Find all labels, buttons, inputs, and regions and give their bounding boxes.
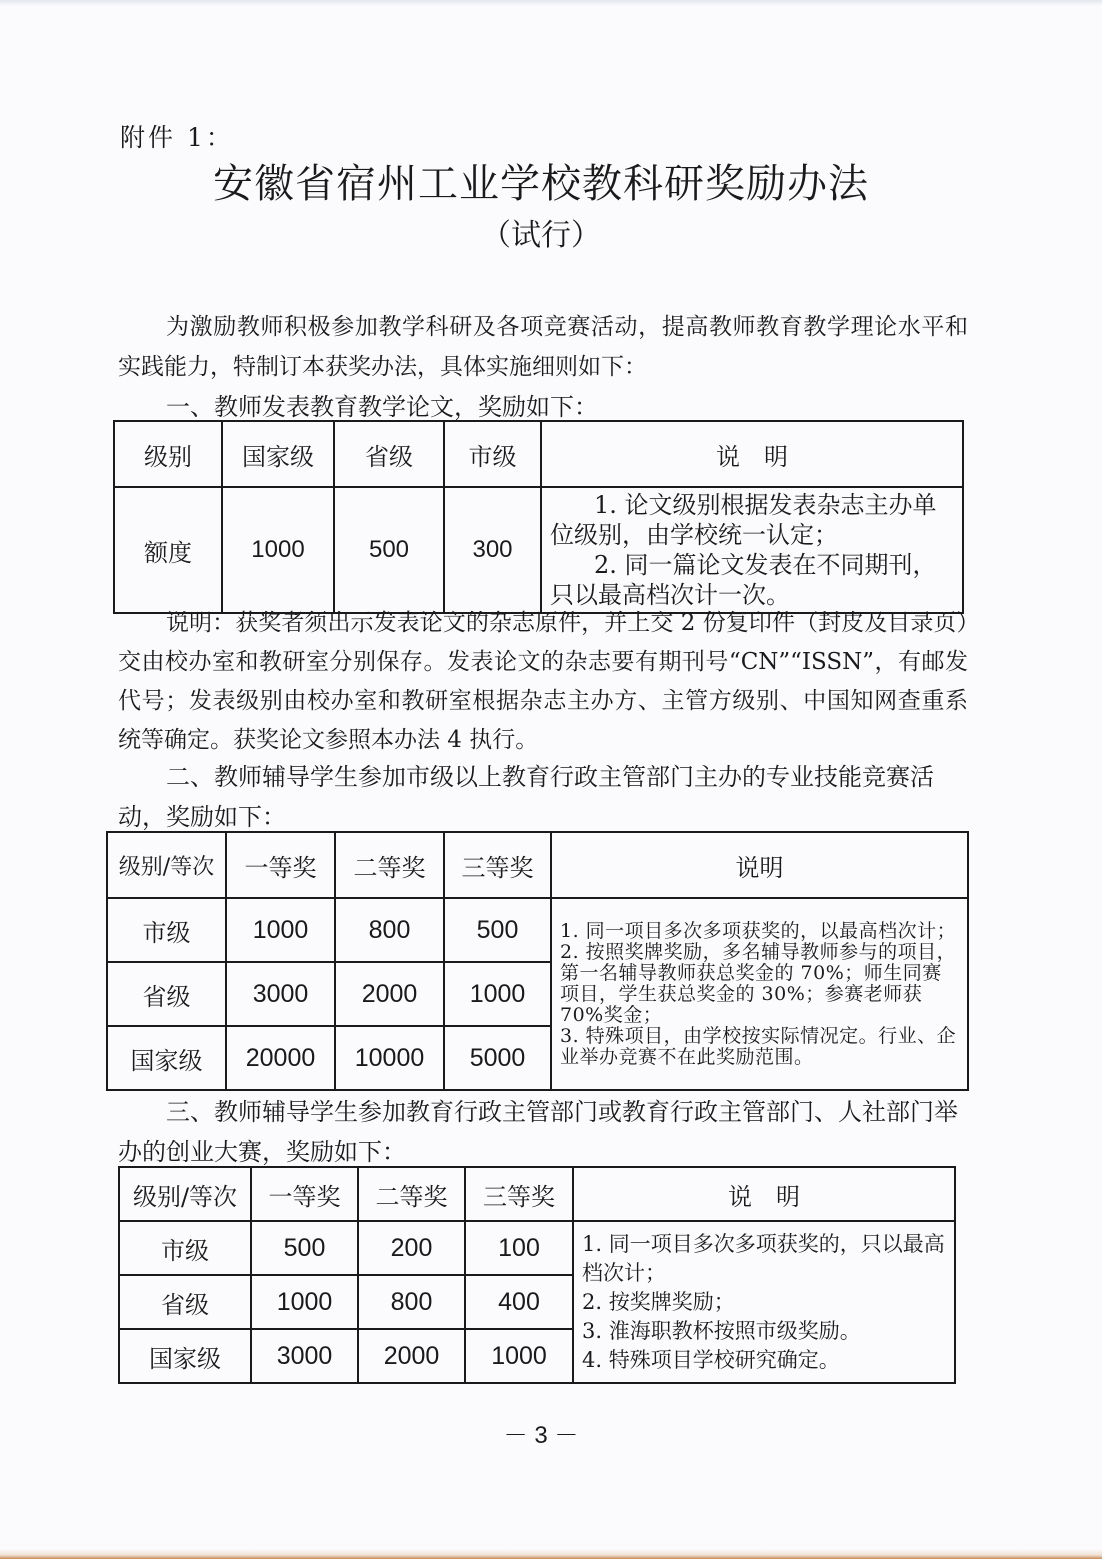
amount-second: 800 [335, 898, 444, 962]
table-header-row: 级别 国家级 省级 市级 说 明 [114, 421, 963, 487]
paper-award-table: 级别 国家级 省级 市级 说 明 额度 1000 500 300 1. 论文级别… [113, 420, 964, 614]
amount-first: 20000 [226, 1026, 335, 1090]
header-cell: 级别/等次 [119, 1167, 251, 1221]
header-cell: 级别/等次 [107, 832, 226, 898]
header-cell: 说 明 [573, 1167, 955, 1221]
scan-edge-bottom [0, 1549, 1102, 1559]
note-item: 1. 论文级别根据发表杂志主办单位级别，由学校统一认定； [550, 490, 954, 550]
amount-second: 200 [358, 1221, 465, 1275]
amount-first: 500 [251, 1221, 358, 1275]
amount-third: 1000 [465, 1329, 573, 1383]
row-label: 省级 [119, 1275, 251, 1329]
amount-second: 2000 [335, 962, 444, 1026]
amount-national: 1000 [222, 487, 334, 613]
header-cell: 三等奖 [465, 1167, 573, 1221]
row-label: 国家级 [107, 1026, 226, 1090]
header-cell: 一等奖 [226, 832, 335, 898]
header-cell: 级别 [114, 421, 222, 487]
amount-second: 800 [358, 1275, 465, 1329]
note-item: 3. 特殊项目，由学校按实际情况定。行业、企业举办竞赛不在此奖励范围。 [560, 1026, 959, 1068]
note-item: 3. 淮海职教杯按照市级奖励。 [582, 1317, 946, 1346]
row-label: 市级 [107, 898, 226, 962]
table-header-row: 级别/等次 一等奖 二等奖 三等奖 说 明 [119, 1167, 955, 1221]
header-cell: 三等奖 [444, 832, 551, 898]
header-cell: 国家级 [222, 421, 334, 487]
amount-city: 300 [444, 487, 541, 613]
notes-cell: 1. 论文级别根据发表杂志主办单位级别，由学校统一认定； 2. 同一篇论文发表在… [541, 487, 963, 613]
header-cell: 市级 [444, 421, 541, 487]
note-item: 1. 同一项目多次多项获奖的，以最高档次计； [560, 921, 959, 942]
amount-second: 10000 [335, 1026, 444, 1090]
note-item: 1. 同一项目多次多项获奖的，只以最高档次计； [582, 1230, 946, 1288]
row-label: 额度 [114, 487, 222, 613]
section2-heading: 二、教师辅导学生参加市级以上教育行政主管部门主办的专业技能竞赛活动，奖励如下： [118, 757, 968, 837]
table-row: 额度 1000 500 300 1. 论文级别根据发表杂志主办单位级别，由学校统… [114, 487, 963, 613]
header-cell: 说 明 [541, 421, 963, 487]
note-item: 2. 按奖牌奖励； [582, 1288, 946, 1317]
section1-remark: 说明：获奖者须出示发表论文的杂志原件，并上交 2 份复印件（封皮及目录页）交由校… [118, 604, 968, 760]
table-row: 市级 1000 800 500 1. 同一项目多次多项获奖的，以最高档次计； 2… [107, 898, 968, 962]
table-row: 市级 500 200 100 1. 同一项目多次多项获奖的，只以最高档次计； 2… [119, 1221, 955, 1275]
note-item: 2. 同一篇论文发表在不同期刊，只以最高档次计一次。 [550, 550, 954, 610]
amount-first: 1000 [226, 898, 335, 962]
row-label: 市级 [119, 1221, 251, 1275]
page-number: － 3 － [0, 1415, 1082, 1450]
skills-competition-table: 级别/等次 一等奖 二等奖 三等奖 说明 市级 1000 800 500 1. … [106, 831, 969, 1091]
amount-third: 100 [465, 1221, 573, 1275]
document-title: 安徽省宿州工业学校教科研奖励办法 [0, 152, 1082, 209]
attachment-label: 附件 1： [120, 118, 234, 154]
intro-paragraph: 为激励教师积极参加教学科研及各项竞赛活动，提高教师教育教学理论水平和实践能力，特… [118, 307, 968, 387]
amount-first: 3000 [251, 1329, 358, 1383]
notes-cell: 1. 同一项目多次多项获奖的，以最高档次计； 2. 按照奖牌奖励，多名辅导教师参… [551, 898, 968, 1090]
amount-first: 3000 [226, 962, 335, 1026]
entrepreneurship-contest-table: 级别/等次 一等奖 二等奖 三等奖 说 明 市级 500 200 100 1. … [118, 1166, 956, 1384]
notes-cell: 1. 同一项目多次多项获奖的，只以最高档次计； 2. 按奖牌奖励； 3. 淮海职… [573, 1221, 955, 1383]
row-label: 国家级 [119, 1329, 251, 1383]
amount-first: 1000 [251, 1275, 358, 1329]
amount-third: 5000 [444, 1026, 551, 1090]
section3-heading: 三、教师辅导学生参加教育行政主管部门或教育行政主管部门、人社部门举办的创业大赛，… [118, 1092, 968, 1172]
scan-edge-top [0, 0, 1102, 6]
document-subtitle: （试行） [0, 210, 1082, 254]
header-cell: 二等奖 [335, 832, 444, 898]
table-header-row: 级别/等次 一等奖 二等奖 三等奖 说明 [107, 832, 968, 898]
header-cell: 二等奖 [358, 1167, 465, 1221]
header-cell: 省级 [334, 421, 444, 487]
note-item: 2. 按照奖牌奖励，多名辅导教师参与的项目，第一名辅导教师获总奖金的 70%；师… [560, 942, 959, 1026]
header-cell: 说明 [551, 832, 968, 898]
note-item: 4. 特殊项目学校研究确定。 [582, 1346, 946, 1375]
header-cell: 一等奖 [251, 1167, 358, 1221]
amount-third: 500 [444, 898, 551, 962]
amount-third: 400 [465, 1275, 573, 1329]
amount-third: 1000 [444, 962, 551, 1026]
amount-second: 2000 [358, 1329, 465, 1383]
row-label: 省级 [107, 962, 226, 1026]
amount-provincial: 500 [334, 487, 444, 613]
